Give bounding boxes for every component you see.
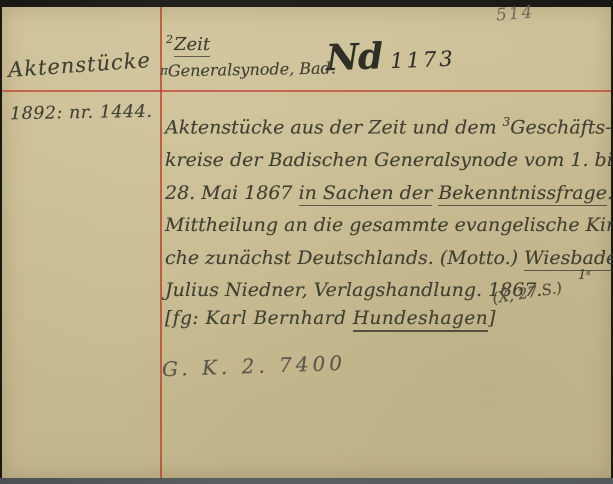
corner-page-number: 514: [495, 2, 535, 25]
catalog-card: 514 Aktenstücke 2Zeit πGeneralsynode, Ba…: [2, 7, 611, 478]
price-note: 1ˢ: [578, 268, 591, 283]
red-horizontal-rule: [2, 90, 611, 92]
shelfmark-letters: Nd: [325, 35, 383, 79]
entry-line-4: Mittheilung an die gesammte evangelische…: [165, 209, 613, 242]
shelfmark-number: 1173: [390, 47, 456, 73]
scanned-catalog-card-photo: 514 Aktenstücke 2Zeit πGeneralsynode, Ba…: [0, 0, 613, 484]
scan-bottom-edge: [0, 478, 613, 484]
series-text: Generalsynode, Bad.: [168, 58, 336, 80]
subject-heading: 2Zeit: [166, 33, 210, 55]
insertion-mark: π: [160, 63, 168, 77]
underlined-phrase: Bekenntnissfrage: [438, 182, 607, 206]
underlined-place: Wiesbaden: [524, 247, 613, 271]
series-heading: πGeneralsynode, Bad.: [160, 58, 336, 80]
underlined-editor-name: Hundeshagen: [353, 308, 488, 332]
entry-line-1: Aktenstücke aus der Zeit und dem 3Geschä…: [165, 106, 613, 144]
pencil-shelf-note: G. K. 2. 7400: [162, 351, 347, 381]
accession-entry-number: 1892: nr. 1444.: [10, 102, 153, 124]
entry-line-2: kreise der Badischen Generalsynode vom 1…: [165, 144, 613, 177]
bibliographic-entry: Aktenstücke aus der Zeit und dem 3Geschä…: [165, 106, 613, 307]
shelfmark: Nd1173: [325, 33, 456, 79]
subject-word: Zeit: [174, 34, 210, 57]
underlined-phrase: in Sachen der: [299, 182, 433, 206]
entry-line-3: 28. Mai 1867 in Sachen der Bekenntnissfr…: [165, 177, 613, 210]
editor-attribution: [fg: Karl Bernhard Hundeshagen]: [165, 308, 496, 329]
heading-keyword: Aktenstücke: [7, 48, 151, 82]
entry-line-5: che zunächst Deutschlands. (Motto.) Wies…: [165, 242, 613, 275]
subject-superscript: 2: [166, 33, 173, 46]
